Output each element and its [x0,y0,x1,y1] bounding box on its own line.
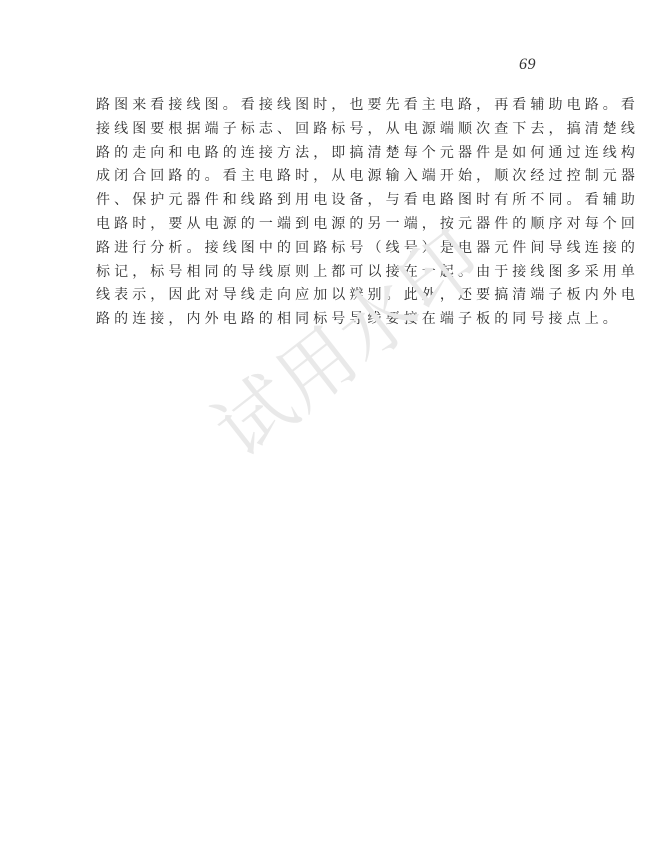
text-line: 路的走向和电路的连接方法，即搞清楚每个元器件是如何通过连线构 [96,142,572,166]
text-line: 成闭合回路的。看主电路时，从电源输入端开始，顺次经过控制元器 [96,165,572,189]
body-paragraph: 路图来看接线图。看接线图时，也要先看主电路，再看辅助电路。看 接线图要根据端子标… [96,94,572,332]
document-page: 69 路图来看接线图。看接线图时，也要先看主电路，再看辅助电路。看 接线图要根据… [0,0,660,854]
text-line: 接线图要根据端子标志、回路标号，从电源端顺次查下去，搞清楚线 [96,118,572,142]
text-line: 件、保护元器件和线路到用电设备，与看电路图时有所不同。看辅助 [96,189,572,213]
text-line: 电路时，要从电源的一端到电源的另一端，按元器件的顺序对每个回 [96,213,572,237]
page-number: 69 [519,56,536,74]
text-line: 路进行分析。接线图中的回路标号（线号）是电器元件间导线连接的 [96,237,572,261]
text-line: 路图来看接线图。看接线图时，也要先看主电路，再看辅助电路。看 [96,94,572,118]
text-line: 线表示，因此对导线走向应加以辨别。此外，还要搞清端子板内外电 [96,284,572,308]
text-line: 标记，标号相同的导线原则上都可以接在一起。由于接线图多采用单 [96,261,572,285]
text-line: 路的连接，内外电路的相同标号导线要接在端子板的同号接点上。 [96,308,572,332]
